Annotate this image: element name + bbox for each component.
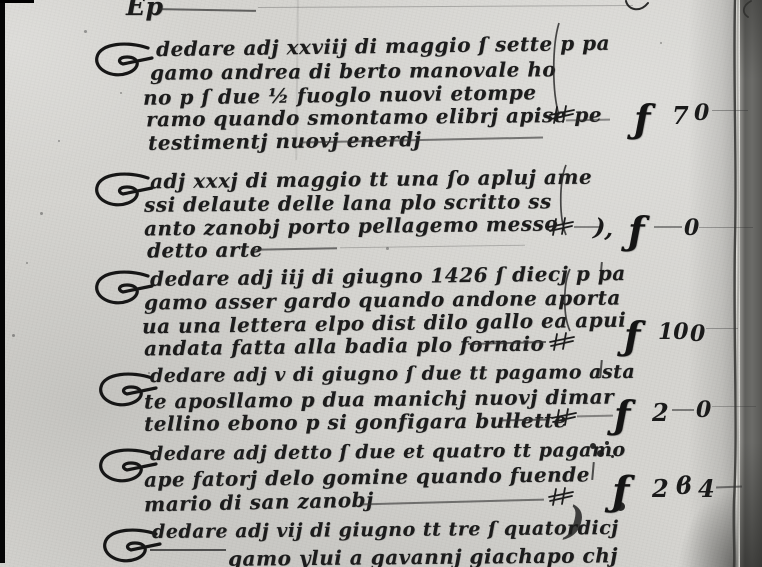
entry2-lira-sign: ƒ: [628, 208, 644, 253]
entry1-amount-lire: 7: [672, 101, 689, 130]
entry4-amount-dash: [672, 409, 694, 411]
top-flourish-stroke: [160, 8, 256, 11]
entry5-line2-tick: [591, 462, 595, 480]
entry1-amount-tail: [712, 110, 748, 111]
entry2-amount-dash: [654, 226, 682, 228]
entry5-amount-lire: 2: [652, 474, 669, 503]
binding-band: [740, 0, 762, 567]
entry2-amount-tail: [699, 227, 753, 228]
entry4-amount-leader: [577, 415, 613, 417]
entry5-line3: mario di san zanobj: [144, 488, 374, 517]
ink-speck: [660, 42, 662, 44]
pen-mark-band-top: [738, 0, 756, 20]
posting-mark-icon: [549, 104, 575, 126]
entry3-bracket: [560, 268, 574, 332]
entry4-amount-lire: 2: [652, 398, 669, 427]
entry2-leader-line: [252, 247, 337, 250]
ink-blot: [616, 502, 625, 511]
scan-mask-top-left: [0, 0, 34, 3]
ink-speck: [302, 456, 304, 458]
ink-speck: [84, 30, 87, 33]
manuscript-page: Ep dedare adj xxviij di maggio ſ sette p…: [0, 0, 762, 567]
entry1-amount-soldi: 0: [694, 100, 709, 126]
entry5-leader-line: [362, 499, 544, 505]
entry3-amount-lire: 10: [658, 319, 689, 345]
posting-mark-icon: [549, 331, 575, 353]
entry3-lira-sign: ƒ: [624, 313, 640, 358]
entry6-line2: gamo ylui a gavannj giachapo chj: [228, 543, 618, 567]
entry3-amount-soldi: 0: [690, 321, 705, 347]
entry3-amount-tail: [706, 328, 738, 329]
entry6-line1: dedare adj vij di giugno tt tre ſ quator…: [152, 517, 619, 543]
ink-speck: [120, 92, 122, 94]
ink-speck: [26, 262, 28, 264]
entry2-line3: anto zanobj porto pellagemo messo: [144, 211, 558, 240]
ink-speck: [12, 334, 15, 337]
entry4-lira-sign: ƒ: [614, 392, 630, 437]
entry2-amount-soldi: 0: [684, 215, 699, 241]
posting-mark-icon: [551, 407, 577, 429]
entry4-line3: tellino ebono p si gonfigara bullette: [144, 408, 567, 436]
entry-initial-flourish: [92, 40, 156, 82]
posting-mark-icon: [548, 216, 574, 238]
ink-speck: [58, 140, 60, 142]
entry5-amount-denari: 4: [698, 474, 715, 503]
entry4-amount-soldi: 0: [696, 397, 711, 423]
entry5-line1: dedare adj detto ſ due et quatro tt paga…: [150, 439, 626, 465]
entry3-line4: andata fatta alla badia plo fornaio: [144, 332, 545, 361]
entry4-amount-tail: [712, 406, 756, 407]
top-fragment-text: Ep: [126, 0, 164, 21]
entry5-amount-soldi: ϐ: [676, 471, 692, 500]
entry2-amount-prefix: ),: [593, 212, 616, 243]
scan-mask-left: [0, 0, 5, 563]
entry2-line4: detto arte: [147, 237, 263, 262]
entry1-bracket: [549, 22, 563, 116]
entry6-connector-stroke: [150, 549, 226, 551]
ink-speck: [148, 372, 150, 374]
pen-mark-top-right: [620, 0, 660, 16]
entry4-line1: dedare adj v di giugno ſ due tt pagamo a…: [150, 361, 635, 387]
entry1-lira-sign: ƒ: [634, 96, 650, 141]
ink-speck: [40, 212, 43, 215]
entry2-leader-faint: [340, 245, 525, 249]
top-faint-rule: [258, 5, 633, 8]
ink-speck: [386, 247, 389, 250]
